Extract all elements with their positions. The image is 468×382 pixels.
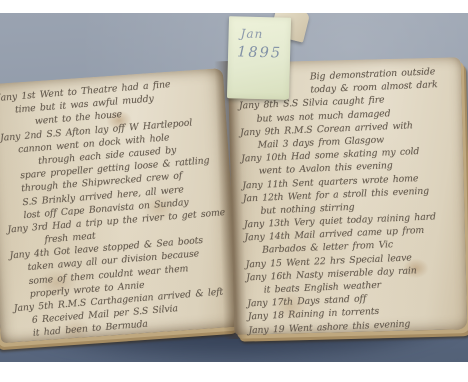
sticky-note: Jan 1895 — [227, 16, 291, 100]
diary-left-page: Jany 1st Went to Theatre had a fine time… — [0, 68, 241, 343]
diary-photograph: Jany 1st Went to Theatre had a fine time… — [0, 13, 468, 362]
sticky-note-year: 1895 — [237, 44, 290, 61]
left-page-handwriting: Jany 1st Went to Theatre had a fine time… — [0, 74, 238, 342]
right-page-handwriting: Big demonstration outside today & room a… — [238, 64, 466, 337]
sticky-note-month: Jan — [240, 27, 290, 42]
